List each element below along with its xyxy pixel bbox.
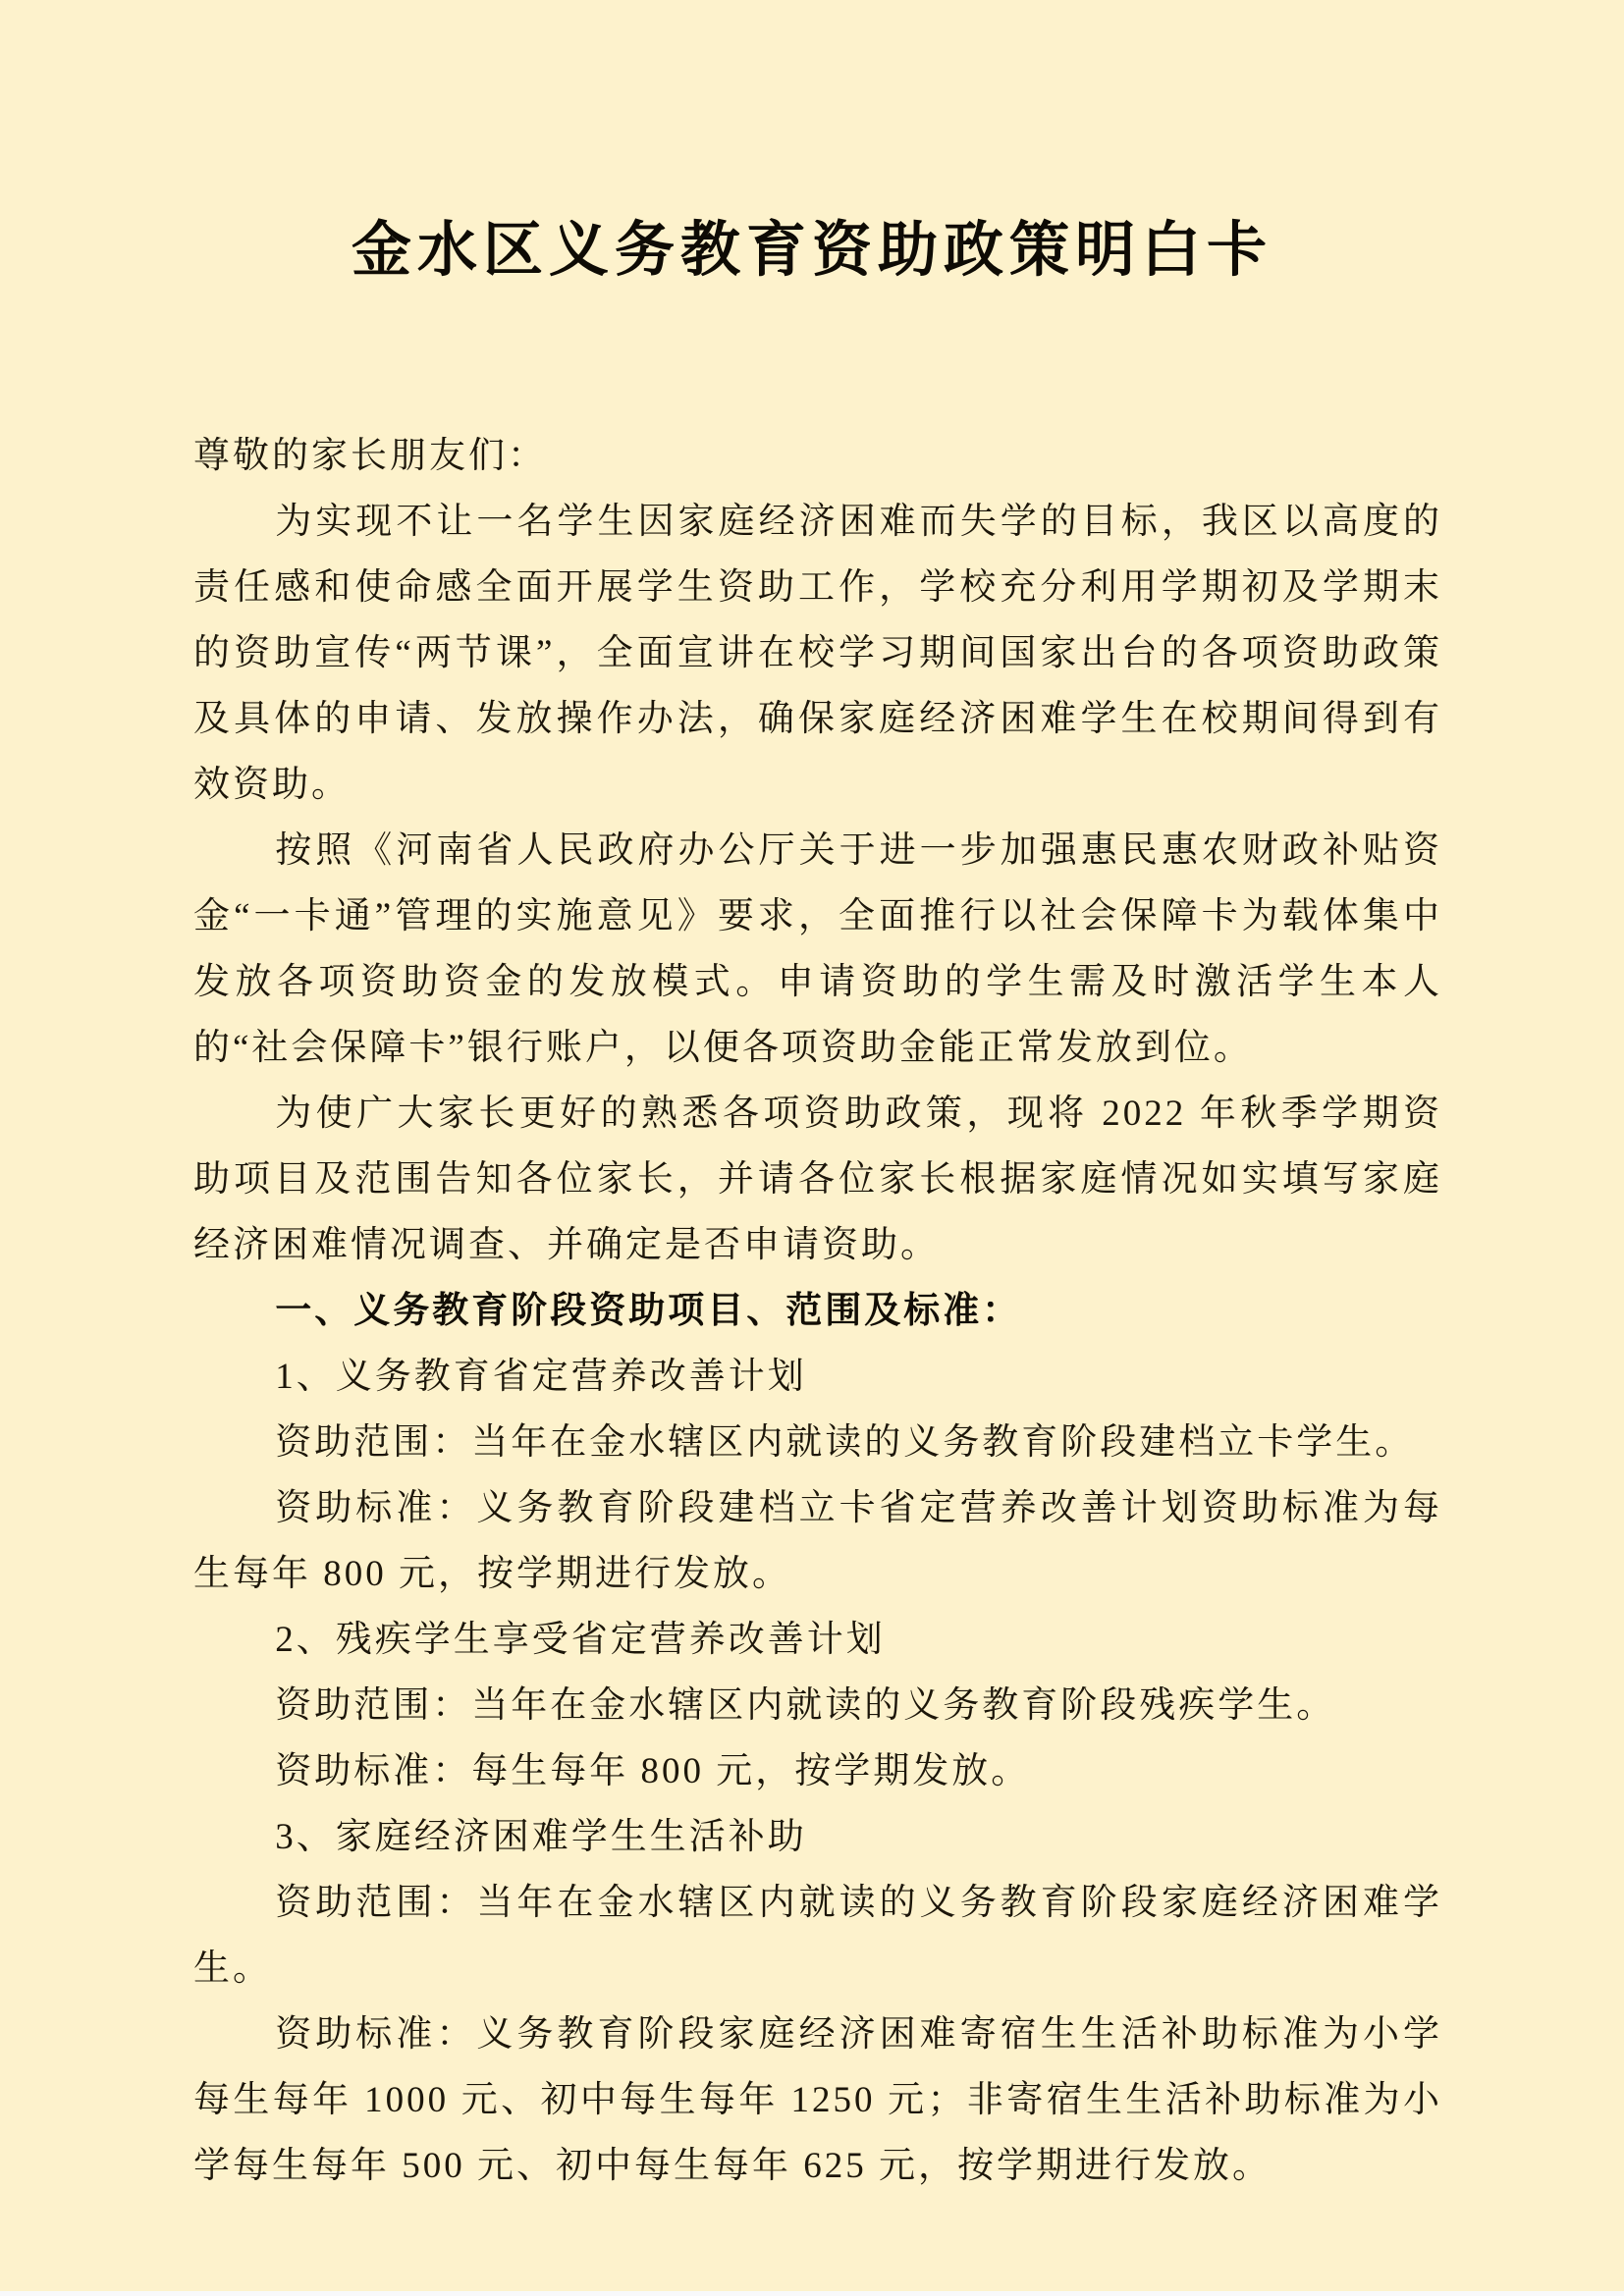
document-body: 尊敬的家长朋友们： 为实现不让一名学生因家庭经济困难而失学的目标，我区以高度的责…: [193, 423, 1442, 2199]
document-page: 金水区义务教育资助政策明白卡 尊敬的家长朋友们： 为实现不让一名学生因家庭经济困…: [0, 0, 1624, 2296]
section-heading-subsidy-items: 一、义务教育阶段资助项目、范围及标准：: [193, 1278, 1442, 1344]
item-1-scope: 资助范围：当年在金水辖区内就读的义务教育阶段建档立卡学生。: [193, 1410, 1442, 1475]
paragraph-intro: 为实现不让一名学生因家庭经济困难而失学的目标，我区以高度的责任感和使命感全面开展…: [193, 489, 1442, 818]
item-1-title: 1、义务教育省定营养改善计划: [193, 1344, 1442, 1410]
greeting-line: 尊敬的家长朋友们：: [193, 423, 1442, 489]
item-3-standard: 资助标准：义务教育阶段家庭经济困难寄宿生生活补助标准为小学每生每年 1000 元…: [193, 2002, 1442, 2199]
paragraph-social-security-card: 按照《河南省人民政府办公厅关于进一步加强惠民惠农财政补贴资金“一卡通”管理的实施…: [193, 818, 1442, 1081]
item-2-title: 2、残疾学生享受省定营养改善计划: [193, 1607, 1442, 1673]
item-2-scope: 资助范围：当年在金水辖区内就读的义务教育阶段残疾学生。: [193, 1673, 1442, 1738]
item-1-standard: 资助标准：义务教育阶段建档立卡省定营养改善计划资助标准为每生每年 800 元，按…: [193, 1475, 1442, 1607]
item-3-title: 3、家庭经济困难学生生活补助: [193, 1804, 1442, 1870]
paragraph-2022-autumn-notice: 为使广大家长更好的熟悉各项资助政策，现将 2022 年秋季学期资助项目及范围告知…: [193, 1081, 1442, 1278]
document-title: 金水区义务教育资助政策明白卡: [0, 0, 1624, 284]
page-bottom-edge: [0, 2291, 1624, 2296]
item-2-standard: 资助标准：每生每年 800 元，按学期发放。: [193, 1738, 1442, 1804]
item-3-scope: 资助范围：当年在金水辖区内就读的义务教育阶段家庭经济困难学生。: [193, 1870, 1442, 2002]
